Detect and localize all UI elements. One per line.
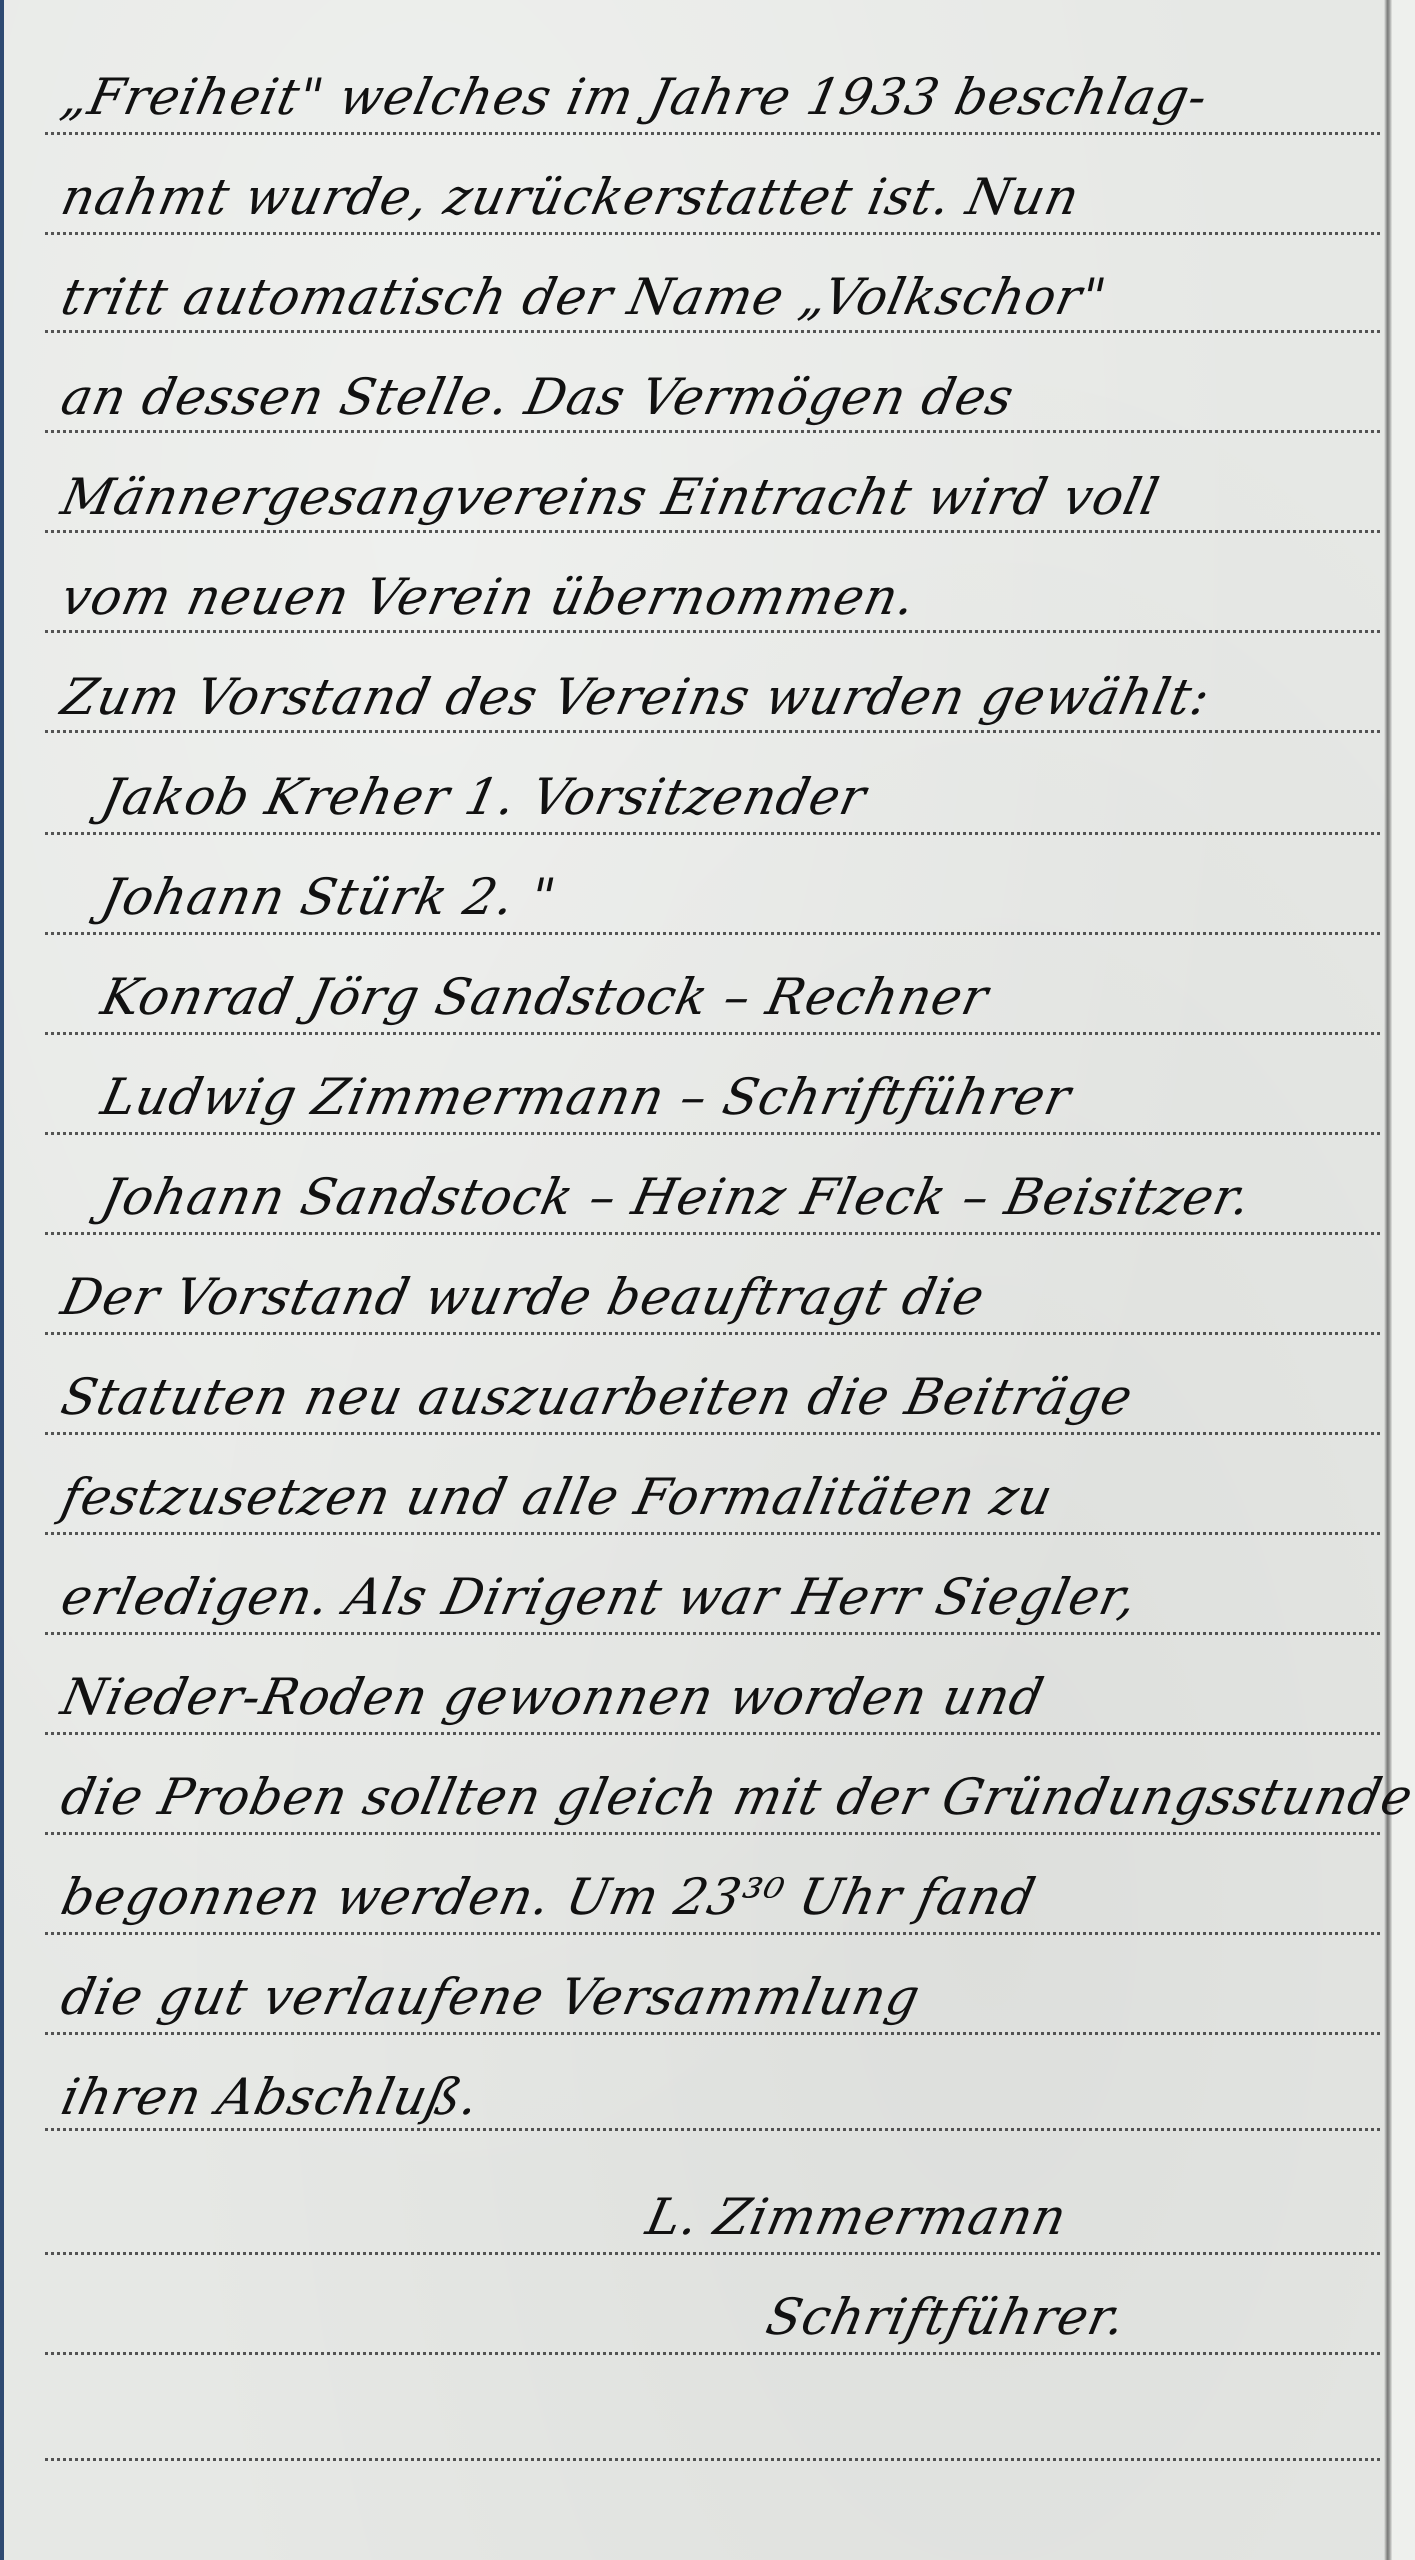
text-line-14: Statuten neu auszuarbeiten die Beiträge [55,1362,1140,1432]
text-line-20: die gut verlaufene Versammlung [55,1962,927,2032]
ruled-line [45,1632,1380,1635]
ruled-line [45,932,1380,935]
ruled-line [45,232,1380,235]
text-line-13: Der Vorstand wurde beauftragt die [55,1262,991,1332]
text-line-16: erledigen. Als Dirigent war Herr Siegler… [55,1562,1144,1632]
ruled-line [45,2032,1380,2035]
ruled-line [45,2352,1380,2355]
text-line-3: tritt automatisch der Name „Volkschor" [55,262,1113,332]
ruled-line [45,1032,1380,1035]
ruled-line [45,1432,1380,1435]
ruled-line [45,1232,1380,1235]
ruled-line [45,1332,1380,1335]
ruled-line [45,1132,1380,1135]
board-heading: Zum Vorstand des Vereins wurden gewählt: [55,662,1217,732]
text-line-6: vom neuen Verein übernommen. [55,562,922,632]
ruled-line [45,1832,1380,1835]
ruled-line [45,2458,1380,2461]
text-line-15: festzusetzen und alle Formalitäten zu [55,1462,1060,1532]
ruled-line [45,1532,1380,1535]
page-fold-shadow [1384,0,1392,2560]
signature-name: L. Zimmermann [640,2182,1074,2252]
board-member-assessors: Johann Sandstock – Heinz Fleck – Beisitz… [95,1162,1258,1232]
text-line-1: „Freiheit" welches im Jahre 1933 beschla… [55,62,1215,132]
text-line-5: Männergesangvereins Eintracht wird voll [55,462,1166,532]
ruled-line [45,1732,1380,1735]
signature-title: Schriftführer. [760,2282,1133,2352]
text-line-2: nahmt wurde, zurückerstattet ist. Nun [55,162,1086,232]
text-line-17: Nieder-Roden gewonnen worden und [55,1662,1051,1732]
text-line-19: begonnen werden. Um 23³⁰ Uhr fand [55,1862,1042,1932]
ruled-line [45,2252,1380,2255]
ruled-line [45,132,1380,135]
board-member-vice-chairman: Johann Stürk 2. " [95,862,563,932]
document-page: „Freiheit" welches im Jahre 1933 beschla… [0,0,1415,2560]
text-line-18: die Proben sollten gleich mit der Gründu… [55,1762,1415,1832]
board-member-chairman: Jakob Kreher 1. Vorsitzender [95,762,873,832]
board-member-secretary: Ludwig Zimmermann – Schriftführer [95,1062,1078,1132]
ruled-line [45,1932,1380,1935]
page-right-margin [1392,0,1415,2560]
text-line-4: an dessen Stelle. Das Vermögen des [55,362,1021,432]
board-member-treasurer: Konrad Jörg Sandstock – Rechner [95,962,995,1032]
page-left-border [0,0,4,2560]
ruled-line [45,832,1380,835]
text-line-21: ihren Abschluß. [55,2062,486,2132]
